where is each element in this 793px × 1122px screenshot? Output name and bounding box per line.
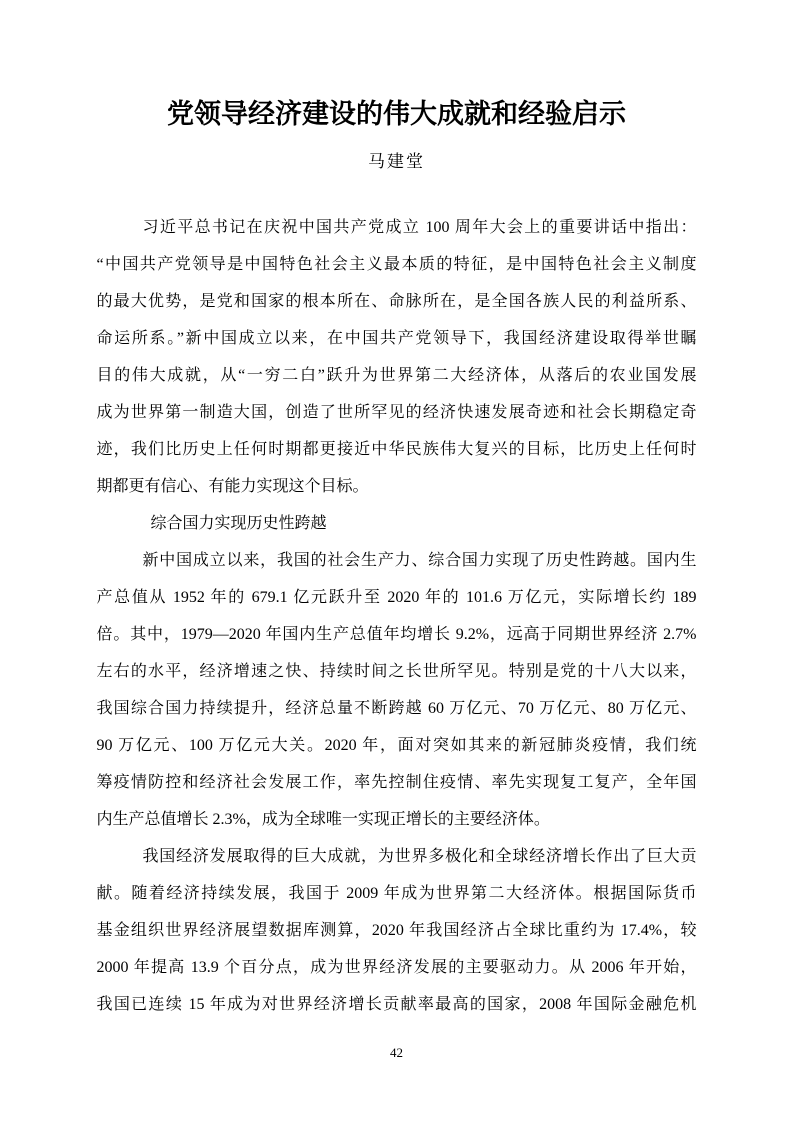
text-line: 习近平总书记在庆祝中国共产党成立 100 周年大会上的重要讲话中指出： bbox=[97, 209, 697, 246]
section-heading: 综合国力实现历史性跨越 bbox=[97, 505, 697, 542]
text-line: 我国综合国力持续提升，经济总量不断跨越 60 万亿元、70 万亿元、80 万亿元… bbox=[97, 690, 697, 727]
text-line: 的最大优势，是党和国家的根本所在、命脉所在，是全国各族人民的利益所系、 bbox=[97, 283, 697, 320]
text-line: 内生产总值增长 2.3%，成为全球唯一实现正增长的主要经济体。 bbox=[97, 801, 697, 838]
page-number: 42 bbox=[0, 1045, 793, 1061]
text-line: 我国已连续 15 年成为对世界经济增长贡献率最高的国家，2008 年国际金融危机 bbox=[97, 986, 697, 1023]
text-line: 我国经济发展取得的巨大成就，为世界多极化和全球经济增长作出了巨大贡 bbox=[97, 838, 697, 875]
text-line: 90 万亿元、100 万亿元大关。2020 年，面对突如其来的新冠肺炎疫情，我们… bbox=[97, 727, 697, 764]
author-name: 马建堂 bbox=[0, 147, 793, 172]
text-line: 产总值从 1952 年的 679.1 亿元跃升至 2020 年的 101.6 万… bbox=[97, 579, 697, 616]
text-line: 命运所系。”新中国成立以来，在中国共产党领导下，我国经济建设取得举世瞩 bbox=[97, 320, 697, 357]
text-line: 2000 年提高 13.9 个百分点，成为世界经济发展的主要驱动力。从 2006… bbox=[97, 949, 697, 986]
text-line: 成为世界第一制造大国，创造了世所罕见的经济快速发展奇迹和社会长期稳定奇 bbox=[97, 394, 697, 431]
document-page: 党领导经济建设的伟大成就和经验启示 马建堂 习近平总书记在庆祝中国共产党成立 1… bbox=[0, 0, 793, 1122]
document-body: 习近平总书记在庆祝中国共产党成立 100 周年大会上的重要讲话中指出：“中国共产… bbox=[97, 209, 697, 1023]
text-line: 期都更有信心、有能力实现这个目标。 bbox=[97, 468, 697, 505]
page-title: 党领导经济建设的伟大成就和经验启示 bbox=[0, 0, 793, 132]
text-line: “中国共产党领导是中国特色社会主义最本质的特征，是中国特色社会主义制度 bbox=[97, 246, 697, 283]
text-line: 倍。其中，1979—2020 年国内生产总值年均增长 9.2%，远高于同期世界经… bbox=[97, 616, 697, 653]
text-line: 基金组织世界经济展望数据库测算，2020 年我国经济占全球比重约为 17.4%，… bbox=[97, 912, 697, 949]
text-line: 献。随着经济持续发展，我国于 2009 年成为世界第二大经济体。根据国际货币 bbox=[97, 875, 697, 912]
text-line: 筹疫情防控和经济社会发展工作，率先控制住疫情、率先实现复工复产，全年国 bbox=[97, 764, 697, 801]
text-line: 迹，我们比历史上任何时期都更接近中华民族伟大复兴的目标，比历史上任何时 bbox=[97, 431, 697, 468]
text-line: 新中国成立以来，我国的社会生产力、综合国力实现了历史性跨越。国内生 bbox=[97, 542, 697, 579]
text-line: 左右的水平，经济增速之快、持续时间之长世所罕见。特别是党的十八大以来， bbox=[97, 653, 697, 690]
text-line: 目的伟大成就，从“一穷二白”跃升为世界第二大经济体，从落后的农业国发展 bbox=[97, 357, 697, 394]
